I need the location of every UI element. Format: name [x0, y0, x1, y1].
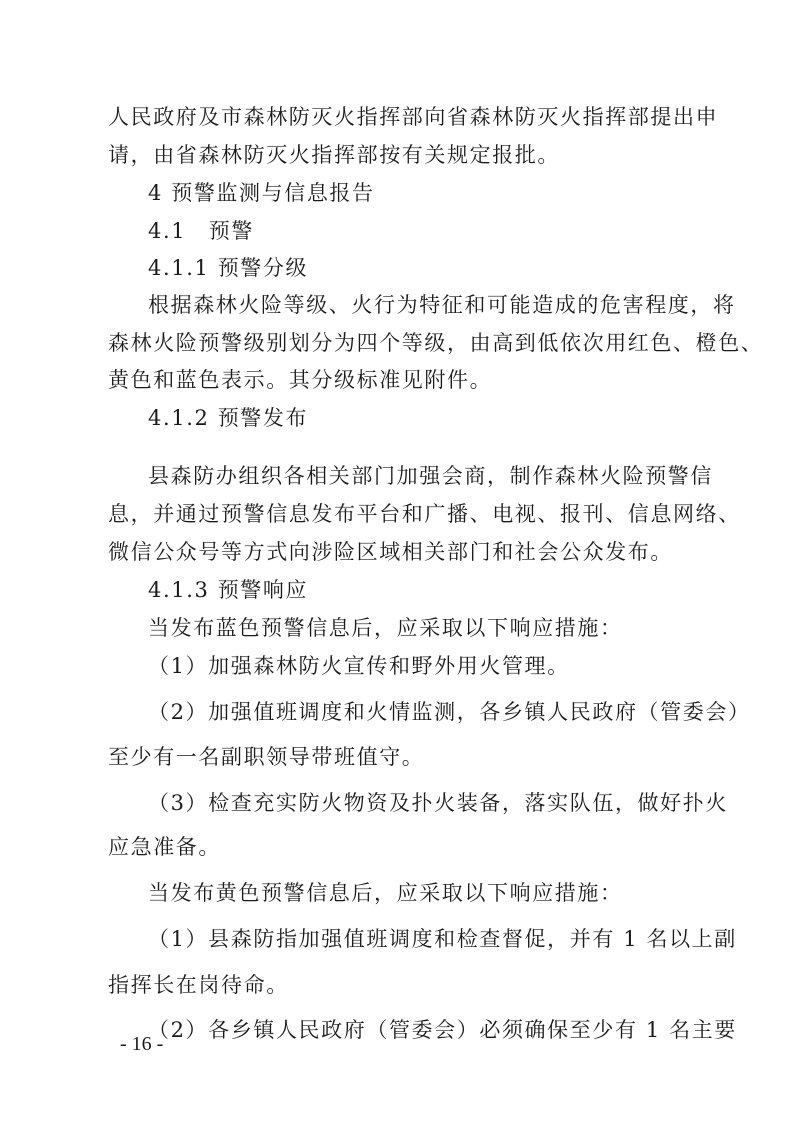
text-line: 至少有一名副职领导带班值守。 [108, 743, 708, 771]
text-line: （1）县森防指加强值班调度和检查督促，并有 1 名以上副 [148, 925, 748, 953]
text-line: （1）加强森林防火宣传和野外用火管理。 [148, 652, 748, 680]
text-line: 4.1.2 预警发布 [148, 404, 748, 432]
text-line: 应急准备。 [108, 833, 708, 861]
text-line: （2）各乡镇人民政府（管委会）必须确保至少有 1 名主要 [148, 1016, 748, 1044]
text-line: 人民政府及市森林防灭火指挥部向省森林防灭火指挥部提出申 [108, 103, 708, 131]
text-line: 息，并通过预警信息发布平台和广播、电视、报刊、信息网络、 [108, 500, 708, 528]
text-line: 微信公众号等方式向涉险区域相关部门和社会公众发布。 [108, 538, 708, 566]
text-line: 4.1 预警 [148, 217, 748, 245]
text-line: 4.1.3 预警响应 [148, 576, 748, 604]
text-line: （3）检查充实防火物资及扑火装备，落实队伍，做好扑火 [148, 789, 748, 817]
text-line: 森林火险预警级别划分为四个等级，由高到低依次用红色、橙色、 [108, 329, 708, 357]
text-line: 根据森林火险等级、火行为特征和可能造成的危害程度，将 [148, 291, 748, 319]
text-line: 4 预警监测与信息报告 [148, 179, 748, 207]
text-line: 请，由省森林防灭火指挥部按有关规定报批。 [108, 141, 708, 169]
text-line: 县森防办组织各相关部门加强会商，制作森林火险预警信 [148, 462, 748, 490]
text-line: （2）加强值班调度和火情监测，各乡镇人民政府（管委会） [148, 698, 748, 726]
text-line: 当发布黄色预警信息后，应采取以下响应措施： [148, 879, 748, 907]
document-page: 人民政府及市森林防灭火指挥部向省森林防灭火指挥部提出申请，由省森林防灭火指挥部按… [0, 0, 793, 1122]
text-line: 4.1.1 预警分级 [148, 254, 748, 282]
text-line: 指挥长在岗待命。 [108, 971, 708, 999]
page-number: - 16 - [120, 1033, 163, 1056]
text-line: 黄色和蓝色表示。其分级标准见附件。 [108, 366, 708, 394]
text-line: 当发布蓝色预警信息后，应采取以下响应措施： [148, 614, 748, 642]
